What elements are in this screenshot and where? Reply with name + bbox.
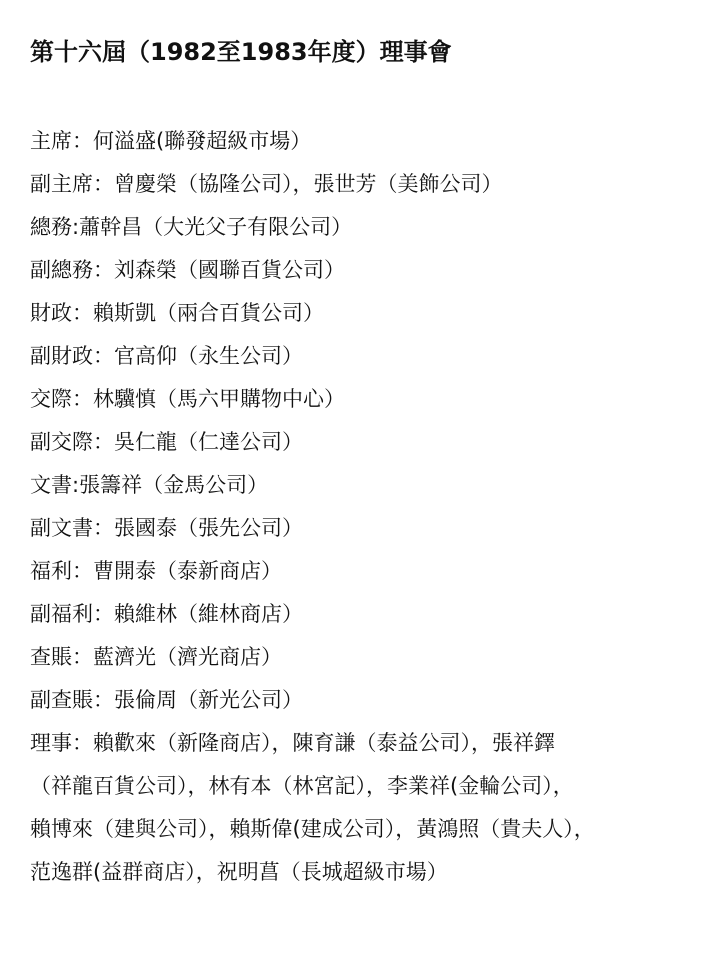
public-relations-line: 交際：林驥慎（馬六甲購物中心） [30,378,710,421]
vice-secretary-line: 副文書：張國泰（張先公司） [30,507,710,550]
vice-public-relations-line: 副交際：吳仁龍（仁達公司） [30,421,710,464]
vice-general-affairs-line: 副總務：刘森榮（國聯百貨公司） [30,249,710,292]
welfare-line: 福利：曹開泰（泰新商店） [30,550,710,593]
vice-chairman-line: 副主席：曾慶榮（協隆公司），張世芳（美飾公司） [30,163,710,206]
directors-line-1: 理事：賴歡來（新隆商店），陳育謙（泰益公司），張祥鐸 [30,722,710,765]
committee-list: 主席：何溢盛(聯發超級市場） 副主席：曾慶榮（協隆公司），張世芳（美飾公司） 總… [30,120,710,894]
directors-line-4: 范逸群(益群商店），祝明菖（長城超級市場） [30,851,710,894]
vice-auditor-line: 副查賬：張倫周（新光公司） [30,679,710,722]
directors-line-3: 賴博來（建與公司），賴斯偉(建成公司），黃鴻照（貴夫人）， [30,808,710,851]
auditor-line: 查賬：藍濟光（濟光商店） [30,636,710,679]
vice-welfare-line: 副福利：賴維林（維林商店） [30,593,710,636]
secretary-line: 文書:張籌祥（金馬公司） [30,464,710,507]
directors-line-2: （祥龍百貨公司），林有本（林宮記），李業祥(金輪公司）， [30,765,710,808]
treasurer-line: 財政：賴斯凱（兩合百貨公司） [30,292,710,335]
chairman-line: 主席：何溢盛(聯發超級市場） [30,120,710,163]
general-affairs-line: 總務:蕭幹昌（大光父子有限公司） [30,206,710,249]
vice-treasurer-line: 副財政：官高仰（永生公司） [30,335,710,378]
document-title: 第十六屆（1982至1983年度）理事會 [30,34,452,70]
